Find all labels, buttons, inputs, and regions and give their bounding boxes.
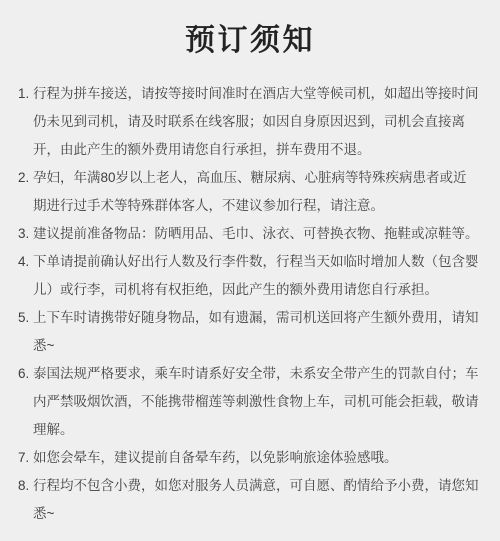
notice-item: 8. 行程均不包含小费，如您对服务人员满意，可自愿、酌情给予小费，请您知悉~ xyxy=(18,472,479,528)
notice-item: 6. 泰国法规严格要求，乘车时请系好安全带，未系安全带产生的罚款自付；车内严禁吸… xyxy=(18,360,479,444)
item-number: 2. xyxy=(18,164,33,192)
item-text: 行程为拼车接送，请按等接时间准时在酒店大堂等候司机，如超出等接时间仍未见到司机，… xyxy=(33,80,479,164)
item-number: 1. xyxy=(18,80,33,108)
item-text: 下单请提前确认好出行人数及行李件数，行程当天如临时增加人数（包含婴儿）或行李，司… xyxy=(33,248,479,304)
notice-item: 7. 如您会晕车，建议提前自备晕车药，以免影响旅途体验感哦。 xyxy=(18,444,479,472)
notice-item: 5. 上下车时请携带好随身物品，如有遗漏，需司机送回将产生额外费用，请知悉~ xyxy=(18,304,479,360)
booking-notice-page: 预订须知 1. 行程为拼车接送，请按等接时间准时在酒店大堂等候司机，如超出等接时… xyxy=(0,0,500,541)
item-number: 8. xyxy=(18,472,33,500)
item-number: 5. xyxy=(18,304,33,332)
item-text: 上下车时请携带好随身物品，如有遗漏，需司机送回将产生额外费用，请知悉~ xyxy=(33,304,479,360)
notice-list: 1. 行程为拼车接送，请按等接时间准时在酒店大堂等候司机，如超出等接时间仍未见到… xyxy=(0,80,500,528)
item-text: 孕妇，年满80岁以上老人，高血压、糖尿病、心脏病等特殊疾病患者或近期进行过手术等… xyxy=(33,164,479,220)
notice-item: 2. 孕妇，年满80岁以上老人，高血压、糖尿病、心脏病等特殊疾病患者或近期进行过… xyxy=(18,164,479,220)
notice-item: 3. 建议提前准备物品：防晒用品、毛巾、泳衣、可替换衣物、拖鞋或凉鞋等。 xyxy=(18,220,479,248)
item-number: 4. xyxy=(18,248,33,276)
page-title: 预订须知 xyxy=(0,0,500,59)
item-number: 6. xyxy=(18,360,33,388)
item-text: 如您会晕车，建议提前自备晕车药，以免影响旅途体验感哦。 xyxy=(33,444,479,472)
notice-item: 1. 行程为拼车接送，请按等接时间准时在酒店大堂等候司机，如超出等接时间仍未见到… xyxy=(18,80,479,164)
item-text: 行程均不包含小费，如您对服务人员满意，可自愿、酌情给予小费，请您知悉~ xyxy=(33,472,479,528)
item-text: 泰国法规严格要求，乘车时请系好安全带，未系安全带产生的罚款自付；车内严禁吸烟饮酒… xyxy=(33,360,479,444)
item-text: 建议提前准备物品：防晒用品、毛巾、泳衣、可替换衣物、拖鞋或凉鞋等。 xyxy=(33,220,479,248)
notice-item: 4. 下单请提前确认好出行人数及行李件数，行程当天如临时增加人数（包含婴儿）或行… xyxy=(18,248,479,304)
item-number: 3. xyxy=(18,220,33,248)
item-number: 7. xyxy=(18,444,33,472)
